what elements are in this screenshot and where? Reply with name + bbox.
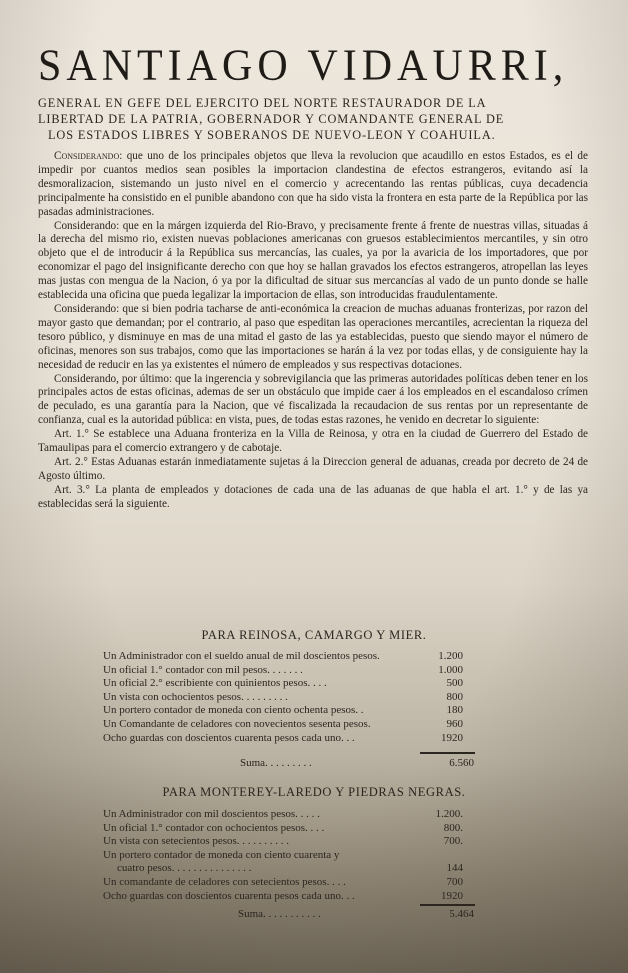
table-row: cuatro pesos. . . . . . . . . . . . . . … xyxy=(103,862,463,876)
paragraph-article-2: Art. 2.° Estas Aduanas estarán inmediata… xyxy=(38,456,588,484)
table-row: Ocho guardas con doscientos cuarenta pes… xyxy=(103,890,463,904)
table-row: Un Administrador con mil doscientos peso… xyxy=(103,808,463,822)
paragraph-considerando-3: Considerando: que si bien podria tachars… xyxy=(38,303,588,373)
table-row: Un portero contador de moneda con ciento… xyxy=(103,704,463,718)
table-row: Un comandante de celadores con setecient… xyxy=(103,876,463,890)
paragraph-text: La planta de empleados y dotaciones de c… xyxy=(38,484,588,510)
paragraph-considerando-2: Considerando: que en la márgen izquierda… xyxy=(38,220,588,303)
paragraph-lead: Considerando: xyxy=(54,150,122,162)
paragraph-considerando-4: Considerando, por último: que la ingeren… xyxy=(38,373,588,429)
paragraph-text: que si bien podria tacharse de anti-econ… xyxy=(38,303,588,371)
paragraph-article-1: Art. 1.° Se establece una Aduana fronter… xyxy=(38,428,588,456)
table-2-heading: PARA MONTEREY-LAREDO Y PIEDRAS NEGRAS. xyxy=(0,785,628,800)
table-row: Un portero contador de moneda con ciento… xyxy=(103,849,463,863)
paragraph-lead: Considerando, por último: xyxy=(54,373,172,385)
table-row: Un Comandante de celadores con novecient… xyxy=(103,718,463,732)
paragraph-text: Estas Aduanas estarán inmediatamente suj… xyxy=(38,456,588,482)
table-2-total: 5.464 xyxy=(440,908,474,920)
subtitle-line-1: General en Gefe del Ejercito del Norte R… xyxy=(38,96,598,111)
sum-rule xyxy=(420,752,475,754)
subtitle-line-3: los Estados Libres y Soberanos de Nuevo-… xyxy=(48,128,608,143)
table-row: Un oficial 1.° contador con mil pesos. .… xyxy=(103,664,463,678)
paragraph-lead: Considerando: xyxy=(54,303,119,315)
table-1-total-label: Suma. . . . . . . . . xyxy=(240,757,312,769)
document-title: SANTIAGO VIDAURRI, xyxy=(38,41,598,91)
salary-table-monterey: Un Administrador con mil doscientos peso… xyxy=(103,808,463,903)
table-row: Un vista con setecientos pesos. . . . . … xyxy=(103,835,463,849)
table-2-total-label: Suma. . . . . . . . . . . xyxy=(238,908,321,920)
table-row: Un vista con ochocientos pesos. . . . . … xyxy=(103,691,463,705)
paragraph-lead: Considerando: xyxy=(54,220,119,232)
table-row: Un oficial 1.° contador con ochocientos … xyxy=(103,822,463,836)
paragraph-considerando-1: Considerando: que uno de los principales… xyxy=(38,150,588,220)
table-1-total: 6.560 xyxy=(440,757,474,769)
paragraph-lead: Art. 2.° xyxy=(54,456,88,468)
table-row: Ocho guardas con doscientos cuarenta pes… xyxy=(103,732,463,746)
paragraph-text: que en la márgen izquierda del Rio-Bravo… xyxy=(38,220,588,302)
paragraph-text: Se establece una Aduana fronteriza en la… xyxy=(38,428,588,454)
paragraph-article-3: Art. 3.° La planta de empleados y dotaci… xyxy=(38,484,588,512)
table-row: Un oficial 2.° escribiente con quiniento… xyxy=(103,677,463,691)
subtitle-line-2: Libertad de la Patria, Gobernador y Coma… xyxy=(38,112,598,127)
paragraph-lead: Art. 1.° xyxy=(54,428,89,440)
paragraph-lead: Art. 3.° xyxy=(54,484,90,496)
decree-body: Considerando: que uno de los principales… xyxy=(38,150,588,512)
table-1-heading: PARA REINOSA, CAMARGO Y MIER. xyxy=(0,628,628,643)
scanned-decree-page: SANTIAGO VIDAURRI, General en Gefe del E… xyxy=(0,0,628,973)
sum-rule xyxy=(420,904,475,906)
salary-table-reinosa: Un Administrador con el sueldo anual de … xyxy=(103,650,463,745)
table-row: Un Administrador con el sueldo anual de … xyxy=(103,650,463,664)
